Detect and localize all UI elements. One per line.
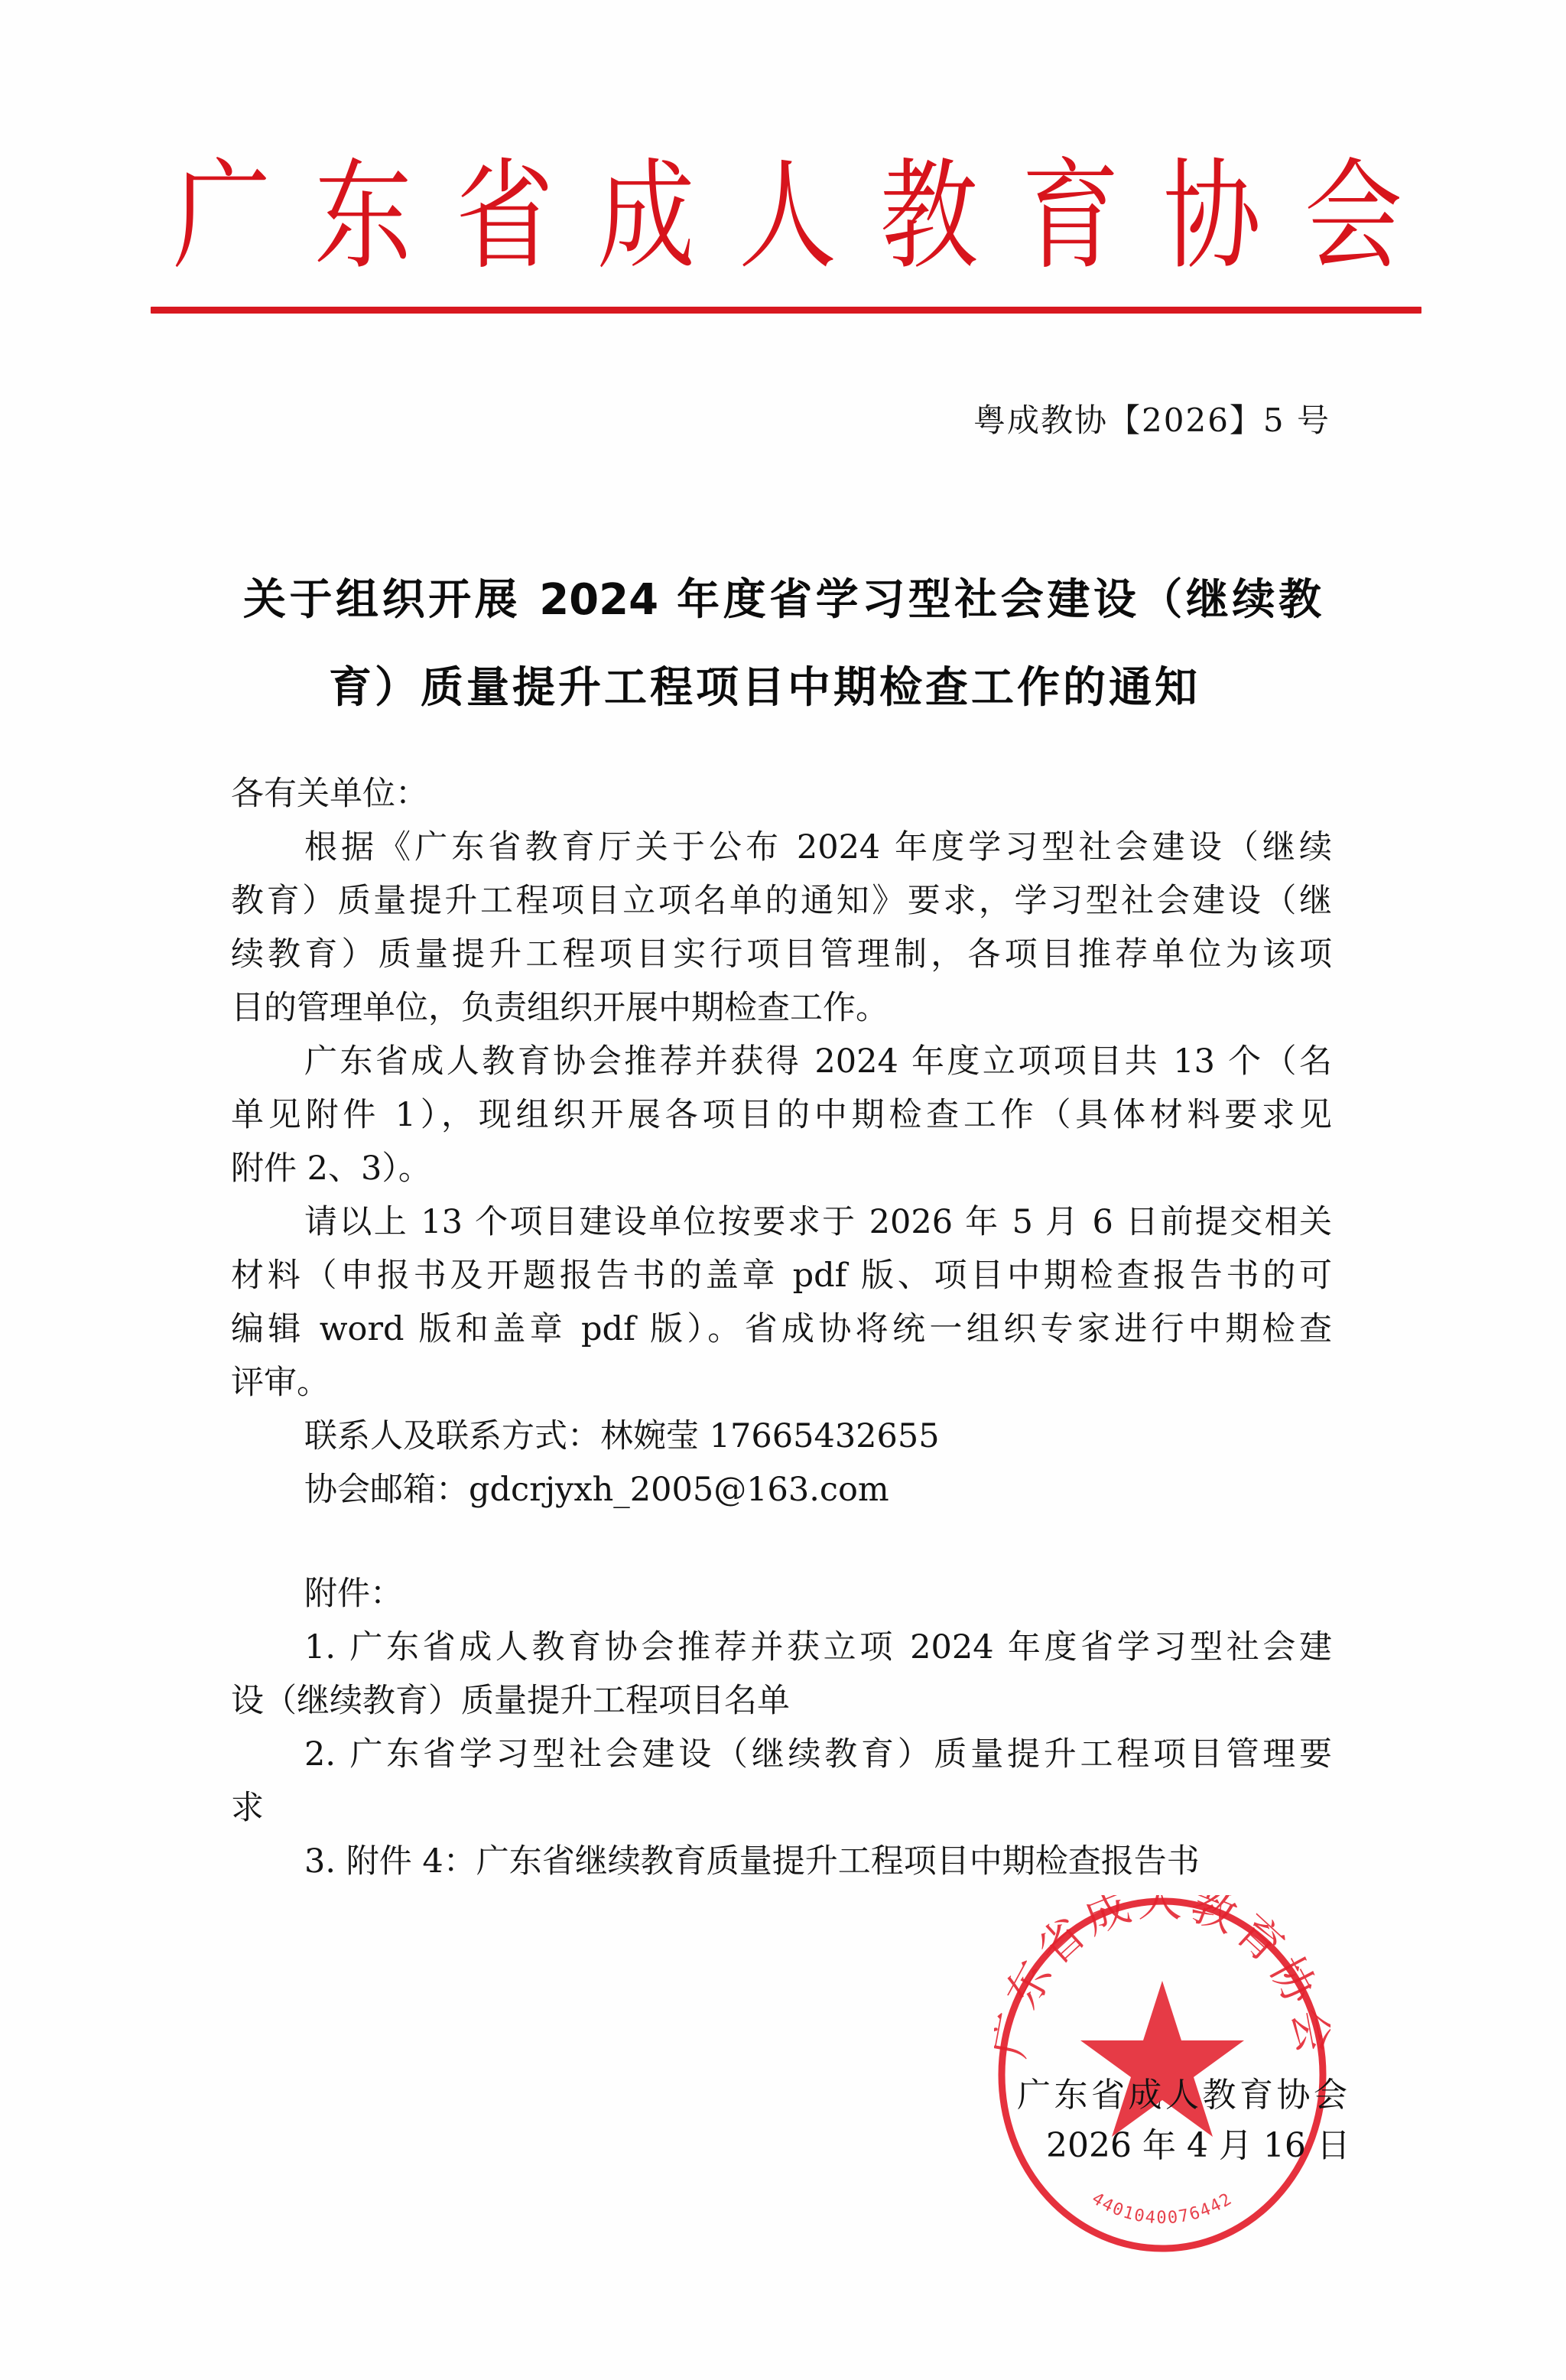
letterhead-char: 东	[302, 157, 424, 276]
letterhead: 广 东 省 成 人 教 育 协 会	[161, 150, 1415, 284]
paragraph-3-line: 材料（申报书及开题报告书的盖章 pdf 版、项目中期检查报告书的可	[231, 1252, 1332, 1299]
document-number: 粤成教协【2026】5 号	[963, 398, 1330, 444]
email-label: 协会邮箱：	[304, 1471, 469, 1509]
signature-organization: 广东省成人教育协会	[1017, 2073, 1347, 2118]
email-address[interactable]: gdcrjyxh_2005@163.com	[469, 1471, 889, 1509]
attachment-item-2-line: 求	[231, 1784, 1332, 1832]
attachment-item-1-line: 设（继续教育）质量提升工程项目名单	[231, 1677, 1332, 1725]
contact-line: 联系人及联系方式：林婉莹 17665432655	[304, 1413, 1332, 1460]
paragraph-2-line: 广东省成人教育协会推荐并获得 2024 年度立项项目共 13 个（名	[304, 1038, 1332, 1085]
contact-phone[interactable]: 17665432655	[710, 1417, 940, 1455]
paragraph-1-line: 续教育）质量提升工程项目实行项目管理制，各项目推荐单位为该项	[231, 931, 1332, 978]
seal-serial: 4401040076442	[1088, 2189, 1236, 2228]
paragraph-3-line: 编辑 word 版和盖章 pdf 版）。省成协将统一组织专家进行中期检查	[231, 1305, 1332, 1353]
document-title-line-1: 关于组织开展 2024 年度省学习型社会建设（继续教	[243, 574, 1321, 627]
email-line: 协会邮箱：gdcrjyxh_2005@163.com	[304, 1466, 1332, 1514]
signature-date: 2026 年 4 月 16 日	[1046, 2123, 1347, 2169]
paragraph-2-line: 单见附件 1），现组织开展各项目的中期检查工作（具体材料要求见	[231, 1091, 1332, 1139]
attachment-item-3-line: 3. 附件 4：广东省继续教育质量提升工程项目中期检查报告书	[304, 1838, 1332, 1885]
paragraph-2-line: 附件 2、3）。	[231, 1145, 1332, 1192]
letterhead-char: 育	[1009, 157, 1132, 276]
document-title-line-2: 育）质量提升工程项目中期检查工作的通知	[329, 662, 1200, 715]
attachment-item-1-line: 1. 广东省成人教育协会推荐并获立项 2024 年度省学习型社会建	[304, 1624, 1332, 1671]
letterhead-char: 广	[161, 157, 283, 276]
salutation: 各有关单位：	[231, 770, 1332, 818]
letterhead-char: 省	[443, 157, 566, 276]
letterhead-char: 会	[1292, 157, 1415, 276]
paragraph-1-line: 根据《广东省教育厅关于公布 2024 年度学习型社会建设（继续	[304, 824, 1332, 871]
svg-text:4401040076442: 4401040076442	[1088, 2189, 1236, 2228]
contact-label: 联系人及联系方式：	[304, 1417, 600, 1455]
document-page: 广 东 省 成 人 教 育 协 会 粤成教协【2026】5 号 关于组织开展 2…	[0, 0, 1566, 2380]
paragraph-1-line: 教育）质量提升工程项目立项名单的通知》要求，学习型社会建设（继	[231, 877, 1332, 925]
letterhead-char: 成	[585, 157, 707, 276]
paragraph-1-line: 目的管理单位，负责组织开展中期检查工作。	[231, 984, 1332, 1032]
letterhead-char: 教	[868, 157, 990, 276]
attachments-heading: 附件：	[304, 1570, 1332, 1618]
attachment-item-2-line: 2. 广东省学习型社会建设（继续教育）质量提升工程项目管理要	[304, 1731, 1332, 1778]
letterhead-char: 人	[726, 157, 849, 276]
contact-name: 林婉莹	[600, 1417, 699, 1455]
paragraph-3-line: 请以上 13 个项目建设单位按要求于 2026 年 5 月 6 日前提交相关	[304, 1198, 1332, 1246]
letterhead-char: 协	[1151, 157, 1273, 276]
paragraph-3-line: 评审。	[231, 1359, 1332, 1406]
letterhead-divider	[151, 307, 1421, 314]
